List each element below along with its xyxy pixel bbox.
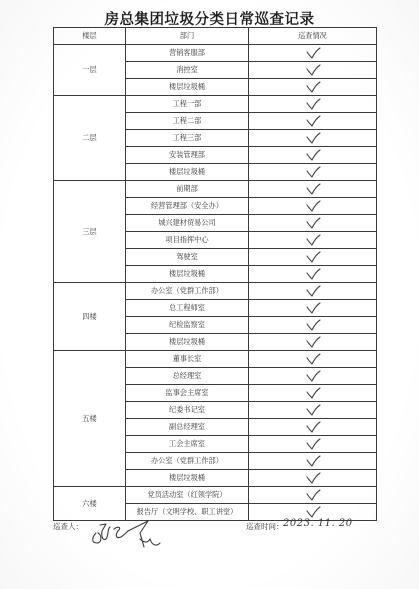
inspection-status	[249, 402, 377, 419]
department-name: 楼层垃圾桶	[126, 164, 249, 181]
department-name: 安装管理部	[126, 147, 249, 164]
department-name: 驾驶室	[126, 249, 249, 266]
floor-label: 六楼	[54, 487, 126, 521]
inspection-status	[249, 79, 377, 96]
checkmark-icon	[305, 132, 321, 144]
checkmark-icon	[305, 438, 321, 450]
table-row: 二层工程一部	[54, 96, 377, 113]
department-name: 办公室（党群工作部）	[126, 453, 249, 470]
checkmark-icon	[305, 421, 321, 433]
inspection-time-value: 2023. 11. 20	[283, 518, 353, 529]
inspection-status	[249, 368, 377, 385]
header-department: 部门	[126, 28, 249, 45]
inspection-status	[249, 453, 377, 470]
table-row: 四楼办公室（党群工作部）	[54, 283, 377, 300]
table-row: 六楼党员活动室（红领学院）	[54, 487, 377, 504]
inspection-status	[249, 249, 377, 266]
checkmark-icon	[305, 200, 321, 212]
header-inspection: 巡查情况	[249, 28, 377, 45]
checkmark-icon	[305, 183, 321, 195]
inspection-status	[249, 385, 377, 402]
table-row: 一层营销客服部	[54, 45, 377, 62]
inspection-status	[249, 96, 377, 113]
checkmark-icon	[305, 404, 321, 416]
checkmark-icon	[305, 234, 321, 246]
inspection-status	[249, 317, 377, 334]
checkmark-icon	[305, 217, 321, 229]
department-name: 经营管理部（安全办）	[126, 198, 249, 215]
inspection-status	[249, 334, 377, 351]
checkmark-icon	[305, 336, 321, 348]
checkmark-icon	[305, 370, 321, 382]
table-body: 一层营销客服部消控室楼层垃圾桶二层工程一部工程二部工程三部安装管理部楼层垃圾桶三…	[54, 45, 377, 521]
department-name: 工程三部	[126, 130, 249, 147]
checkmark-icon	[305, 353, 321, 365]
inspection-time-label: 巡查时间：	[246, 521, 284, 532]
checkmark-icon	[305, 489, 321, 501]
checkmark-icon	[305, 81, 321, 93]
department-name: 工程二部	[126, 113, 249, 130]
floor-label: 一层	[54, 45, 126, 96]
inspection-status	[249, 164, 377, 181]
inspection-status	[249, 487, 377, 504]
department-name: 总经理室	[126, 368, 249, 385]
inspection-status	[249, 419, 377, 436]
inspection-table: 楼层 部门 巡查情况 一层营销客服部消控室楼层垃圾桶二层工程一部工程二部工程三部…	[53, 27, 377, 521]
table-row: 三层前期部	[54, 181, 377, 198]
inspection-status	[249, 130, 377, 147]
checkmark-icon	[305, 387, 321, 399]
department-name: 消控室	[126, 62, 249, 79]
floor-label: 四楼	[54, 283, 126, 351]
department-name: 楼层垃圾桶	[126, 334, 249, 351]
checkmark-icon	[305, 455, 321, 467]
checkmark-icon	[305, 98, 321, 110]
table-header-row: 楼层 部门 巡查情况	[54, 28, 377, 45]
checkmark-icon	[305, 472, 321, 484]
floor-label: 三层	[54, 181, 126, 283]
department-name: 总工程师室	[126, 300, 249, 317]
department-name: 副总经理室	[126, 419, 249, 436]
inspection-status	[249, 266, 377, 283]
inspection-status	[249, 436, 377, 453]
inspection-status	[249, 147, 377, 164]
floor-label: 二层	[54, 96, 126, 181]
signature-icon	[88, 519, 178, 555]
document-title: 房总集团垃圾分类日常巡查记录	[0, 8, 419, 29]
inspection-status	[249, 283, 377, 300]
department-name: 报告厅（文明学校、职工讲堂）	[126, 504, 249, 521]
department-name: 楼层垃圾桶	[126, 266, 249, 283]
department-name: 营销客服部	[126, 45, 249, 62]
department-name: 楼层垃圾桶	[126, 470, 249, 487]
inspection-status	[249, 113, 377, 130]
department-name: 工会主席室	[126, 436, 249, 453]
checkmark-icon	[305, 285, 321, 297]
checkmark-icon	[305, 268, 321, 280]
department-name: 纪委书记室	[126, 402, 249, 419]
checkmark-icon	[305, 166, 321, 178]
department-name: 城兴建材贸易公司	[126, 215, 249, 232]
inspection-status	[249, 470, 377, 487]
department-name: 董事长室	[126, 351, 249, 368]
inspection-status	[249, 215, 377, 232]
inspection-status	[249, 45, 377, 62]
checkmark-icon	[305, 64, 321, 76]
inspection-status	[249, 198, 377, 215]
checkmark-icon	[305, 149, 321, 161]
department-name: 前期部	[126, 181, 249, 198]
department-name: 办公室（党群工作部）	[126, 283, 249, 300]
department-name: 工程一部	[126, 96, 249, 113]
inspection-status	[249, 62, 377, 79]
checkmark-icon	[305, 251, 321, 263]
department-name: 项目指挥中心	[126, 232, 249, 249]
checkmark-icon	[305, 319, 321, 331]
inspection-status	[249, 300, 377, 317]
checkmark-icon	[305, 47, 321, 59]
inspection-status	[249, 232, 377, 249]
department-name: 纪检监察室	[126, 317, 249, 334]
inspector-label: 巡查人：	[53, 521, 83, 532]
department-name: 监事会主席室	[126, 385, 249, 402]
floor-label: 五楼	[54, 351, 126, 487]
inspection-status	[249, 351, 377, 368]
inspection-status	[249, 181, 377, 198]
header-floor: 楼层	[54, 28, 126, 45]
checkmark-icon	[305, 302, 321, 314]
checkmark-icon	[305, 506, 321, 518]
table-row: 五楼董事长室	[54, 351, 377, 368]
department-name: 党员活动室（红领学院）	[126, 487, 249, 504]
department-name: 楼层垃圾桶	[126, 79, 249, 96]
checkmark-icon	[305, 115, 321, 127]
